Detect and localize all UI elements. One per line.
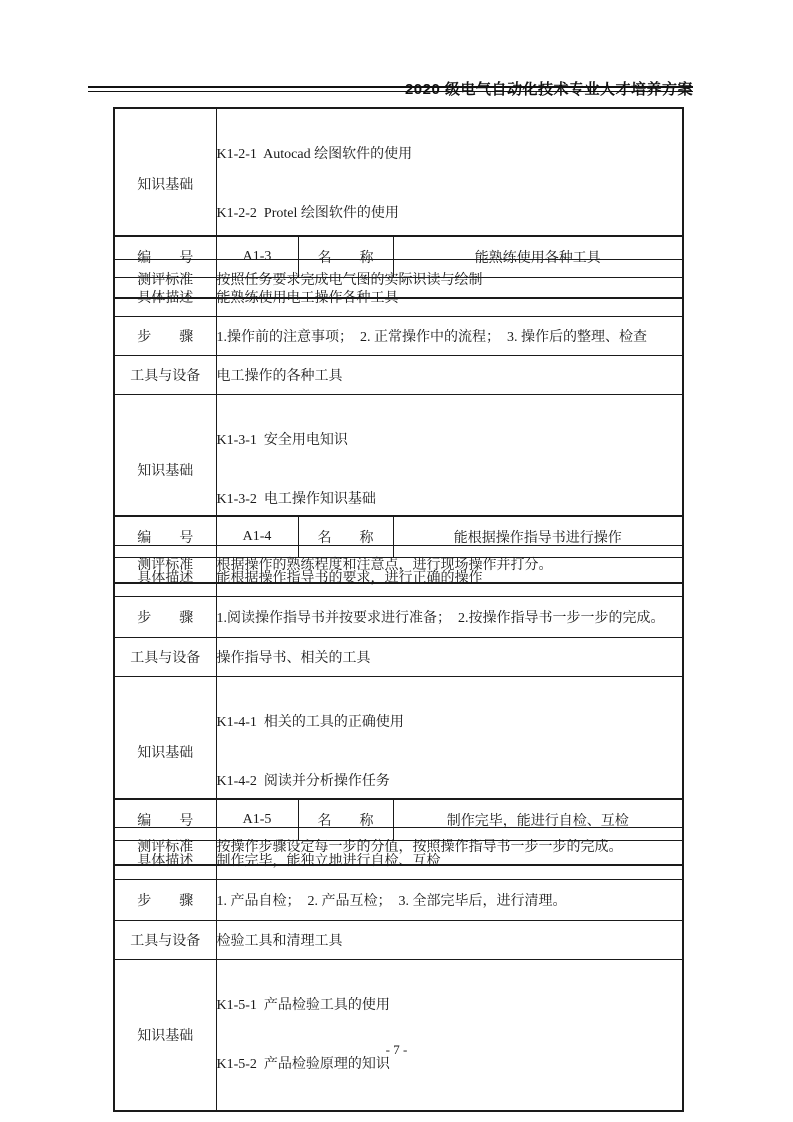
row-label-description: 具体描述 <box>114 841 216 880</box>
row-label-description: 具体描述 <box>114 278 216 317</box>
cell-code: A1-3 <box>216 236 298 278</box>
cell-name: 制作完毕，能进行自检、互检 <box>393 799 683 841</box>
table-row: 编 号 A1-3 名 称 能熟练使用各种工具 <box>114 236 683 278</box>
table-row: 知识基础 K1-5-1 产品检验工具的使用 K1-5-2 产品检验原理的知识 <box>114 960 683 1112</box>
row-label-code: 编 号 <box>114 799 216 841</box>
row-label-name: 名 称 <box>298 516 393 558</box>
cell-tools: 电工操作的各种工具 <box>216 356 683 395</box>
table-row: 步 骤 1.操作前的注意事项； 2. 正常操作中的流程； 3. 操作后的整理、检… <box>114 317 683 356</box>
table-row: 工具与设备 操作指导书、相关的工具 <box>114 638 683 677</box>
table-row: 步 骤 1. 产品自检； 2. 产品互检； 3. 全部完毕后，进行清理。 <box>114 880 683 921</box>
cell-tools: 操作指导书、相关的工具 <box>216 638 683 677</box>
cell-steps: 1. 产品自检； 2. 产品互检； 3. 全部完毕后，进行清理。 <box>216 880 683 921</box>
knowledge-line: K1-4-1 相关的工具的正确使用 <box>217 709 683 736</box>
header-rule <box>88 86 693 92</box>
table-row: 具体描述 能根据操作指导书的要求，进行正确的操作 <box>114 558 683 597</box>
table-row: 步 骤 1.阅读操作指导书并按要求进行准备； 2.按操作指导书一步一步的完成。 <box>114 597 683 638</box>
row-label-steps: 步 骤 <box>114 880 216 921</box>
row-label-name: 名 称 <box>298 236 393 278</box>
cell-steps: 1.操作前的注意事项； 2. 正常操作中的流程； 3. 操作后的整理、检查 <box>216 317 683 356</box>
document-page: 2020 级电气自动化技术专业人才培养方案 知识基础 K1-2-1 Autoca… <box>0 0 793 1122</box>
row-label-steps: 步 骤 <box>114 597 216 638</box>
cell-description: 能熟练使用电工操作各种工具 <box>216 278 683 317</box>
cell-knowledge: K1-5-1 产品检验工具的使用 K1-5-2 产品检验原理的知识 <box>216 960 683 1112</box>
row-label-code: 编 号 <box>114 236 216 278</box>
row-label-description: 具体描述 <box>114 558 216 597</box>
cell-code: A1-4 <box>216 516 298 558</box>
table-row: 具体描述 制作完毕，能独立地进行自检、互检 <box>114 841 683 880</box>
row-label-tools: 工具与设备 <box>114 638 216 677</box>
page-number: - 7 - <box>0 1042 793 1058</box>
cell-code: A1-5 <box>216 799 298 841</box>
knowledge-line: K1-2-2 Protel 绘图软件的使用 <box>217 200 683 227</box>
knowledge-line: K1-3-1 安全用电知识 <box>217 427 683 454</box>
table-row: 工具与设备 检验工具和清理工具 <box>114 921 683 960</box>
row-label-steps: 步 骤 <box>114 317 216 356</box>
table-row: 具体描述 能熟练使用电工操作各种工具 <box>114 278 683 317</box>
row-label-tools: 工具与设备 <box>114 921 216 960</box>
cell-description: 能根据操作指导书的要求，进行正确的操作 <box>216 558 683 597</box>
table-row: 工具与设备 电工操作的各种工具 <box>114 356 683 395</box>
cell-tools: 检验工具和清理工具 <box>216 921 683 960</box>
table-row: 编 号 A1-5 名 称 制作完毕，能进行自检、互检 <box>114 799 683 841</box>
row-label-name: 名 称 <box>298 799 393 841</box>
table-row: 编 号 A1-4 名 称 能根据操作指导书进行操作 <box>114 516 683 558</box>
knowledge-line: K1-4-2 阅读并分析操作任务 <box>217 768 683 795</box>
cell-steps: 1.阅读操作指导书并按要求进行准备； 2.按操作指导书一步一步的完成。 <box>216 597 683 638</box>
knowledge-line: K1-5-1 产品检验工具的使用 <box>217 992 683 1019</box>
cell-name: 能熟练使用各种工具 <box>393 236 683 278</box>
cell-description: 制作完毕，能独立地进行自检、互检 <box>216 841 683 880</box>
row-label-knowledge: 知识基础 <box>114 960 216 1112</box>
knowledge-line: K1-3-2 电工操作知识基础 <box>217 486 683 513</box>
cell-name: 能根据操作指导书进行操作 <box>393 516 683 558</box>
knowledge-line: K1-2-1 Autocad 绘图软件的使用 <box>217 141 683 168</box>
row-label-tools: 工具与设备 <box>114 356 216 395</box>
table-a1-5: 编 号 A1-5 名 称 制作完毕，能进行自检、互检 具体描述 制作完毕，能独立… <box>113 798 684 1112</box>
row-label-code: 编 号 <box>114 516 216 558</box>
